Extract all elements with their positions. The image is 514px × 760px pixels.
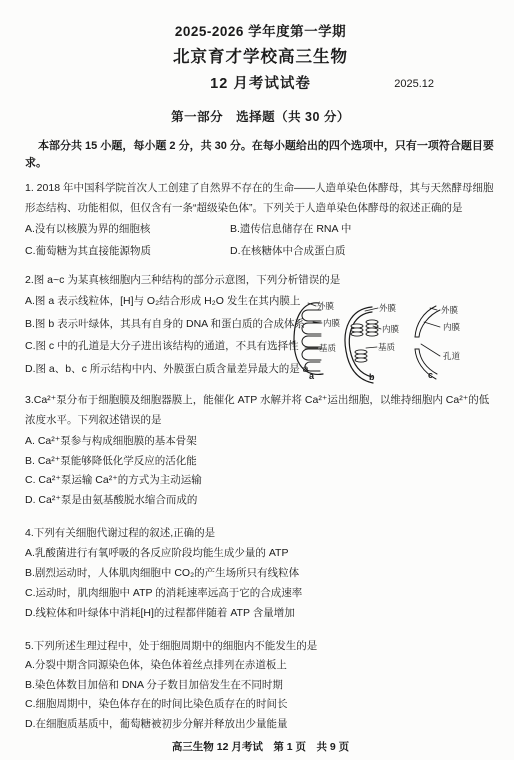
option-c: C.图 c 中的孔道是大分子进出该结构的通道，不具有选择性 [25, 335, 330, 358]
question-1: 1. 2018 年中国科学院首次人工创建了自然界不存在的生命——人造单染色体酵母… [25, 178, 496, 261]
figure-a-caption: a [309, 371, 314, 381]
option-c: C.细胞周期中，染色体存在的时间比染色质存在的时间长 [25, 695, 496, 715]
question-4-stem: 4.下列有关细胞代谢过程的叙述,正确的是 [25, 523, 496, 543]
section-intro: 本部分共 15 小题，每小题 2 分，共 30 分。在每小题给出的四个选项中，只… [25, 138, 496, 172]
figure-c-pore-label: 孔道 [443, 351, 460, 361]
question-3-stem: 3.Ca²⁺泵分布于细胞膜及细胞器膜上，能催化 ATP 水解并将 Ca²⁺运出细… [25, 390, 496, 430]
header-exam-row: 12 月考试试卷 2025.12 [25, 73, 496, 95]
option-b: B.剧烈运动时，人体肌肉细胞中 CO₂的产生场所只有线粒体 [25, 563, 496, 583]
question-4: 4.下列有关细胞代谢过程的叙述,正确的是 A.乳酸菌进行有氧呼吸的各反应阶段均能… [25, 523, 496, 623]
figure-c-caption: c [428, 370, 433, 380]
option-a: A. Ca²⁺泵参与构成细胞膜的基本骨架 [25, 432, 496, 452]
option-a: A.分裂中期含同源染色体，染色体着丝点排列在赤道板上 [25, 656, 496, 676]
option-a: A.没有以核膜为界的细胞核 [25, 220, 230, 239]
question-2-stem: 2.图 a~c 为某真核细胞内三种结构的部分示意图，下列分析错误的是 [25, 270, 496, 290]
option-d: D. Ca²⁺泵是由氨基酸脱水缩合而成的 [25, 491, 496, 511]
option-b: B.图 b 表示叶绿体，其具有自身的 DNA 和蛋白质的合成体系 [25, 313, 330, 336]
option-a: A.图 a 表示线粒体，[H]与 O₂结合形成 H₂O 发生在其内膜上 [25, 290, 330, 313]
question-5-stem: 5.下列所述生理过程中，处于细胞周期中的细胞内不能发生的是 [25, 636, 496, 656]
option-b: B.染色体数目加倍和 DNA 分子数目加倍发生在不同时期 [25, 676, 496, 696]
question-5: 5.下列所述生理过程中，处于细胞周期中的细胞内不能发生的是 A.分裂中期含同源染… [25, 636, 496, 734]
option-b: B.遗传信息储存在 RNA 中 [230, 220, 496, 239]
header-school: 北京育才学校高三生物 [25, 45, 496, 69]
organelle-figure: 外膜 内膜 基质 a 外膜 内膜 基质 b 外膜 内膜 孔道 c [290, 293, 506, 387]
page-footer: 高三生物 12 月考试 第 1 页 共 9 页 [25, 739, 496, 755]
figure-a-matrix-label: 基质 [319, 343, 336, 353]
question-1-stem: 1. 2018 年中国科学院首次人工创建了自然界不存在的生命——人造单染色体酵母… [25, 178, 496, 218]
header-exam-title: 12 月考试试卷 [210, 76, 311, 92]
option-b: B. Ca²⁺泵能够降低化学反应的活化能 [25, 452, 496, 472]
option-d: D.图 a、b、c 所示结构中内、外膜蛋白质含量差异最大的是 a [25, 358, 330, 381]
figure-c-inner-membrane-label: 内膜 [443, 322, 460, 332]
option-a: A.乳酸菌进行有氧呼吸的各反应阶段均能生成少量的 ATP [25, 543, 496, 563]
question-2: 2.图 a~c 为某真核细胞内三种结构的部分示意图，下列分析错误的是 A.图 a… [25, 270, 496, 380]
option-d: D.在细胞质基质中，葡萄糖被初步分解并释放出少量能量 [25, 715, 496, 735]
option-c: C. Ca²⁺泵运输 Ca²⁺的方式为主动运输 [25, 471, 496, 491]
question-4-options: A.乳酸菌进行有氧呼吸的各反应阶段均能生成少量的 ATP B.剧烈运动时，人体肌… [25, 543, 496, 623]
figure-b-inner-membrane-label: 内膜 [382, 324, 399, 334]
question-3: 3.Ca²⁺泵分布于细胞膜及细胞器膜上，能催化 ATP 水解并将 Ca²⁺运出细… [25, 390, 496, 510]
figure-b-stroma-label: 基质 [378, 342, 395, 352]
question-1-options: A.没有以核膜为界的细胞核 B.遗传信息储存在 RNA 中 C.葡萄糖为其直接能… [25, 220, 496, 261]
figure-b-outer-membrane-label: 外膜 [379, 303, 396, 313]
question-5-options: A.分裂中期含同源染色体，染色体着丝点排列在赤道板上 B.染色体数目加倍和 DN… [25, 656, 496, 734]
figure-c-outer-membrane-label: 外膜 [441, 305, 458, 315]
option-d: D.线粒体和叶绿体中消耗[H]的过程都伴随着 ATP 含量增加 [25, 603, 496, 623]
header-term: 2025-2026 学年度第一学期 [25, 22, 496, 42]
figure-a-outer-membrane-label: 外膜 [317, 301, 334, 311]
option-d: D.在核糖体中合成蛋白质 [230, 242, 496, 261]
option-c: C.葡萄糖为其直接能源物质 [25, 242, 230, 261]
question-3-options: A. Ca²⁺泵参与构成细胞膜的基本骨架 B. Ca²⁺泵能够降低化学反应的活化… [25, 432, 496, 510]
header-date: 2025.12 [394, 73, 434, 95]
option-c: C.运动时，肌肉细胞中 ATP 的消耗速率远高于它的合成速率 [25, 583, 496, 603]
exam-page: 2025-2026 学年度第一学期 北京育才学校高三生物 12 月考试试卷 20… [0, 0, 514, 760]
figure-a-inner-membrane-label: 内膜 [323, 318, 340, 328]
figure-b-caption: b [369, 372, 375, 382]
section-title: 第一部分 选择题（共 30 分） [25, 107, 496, 127]
